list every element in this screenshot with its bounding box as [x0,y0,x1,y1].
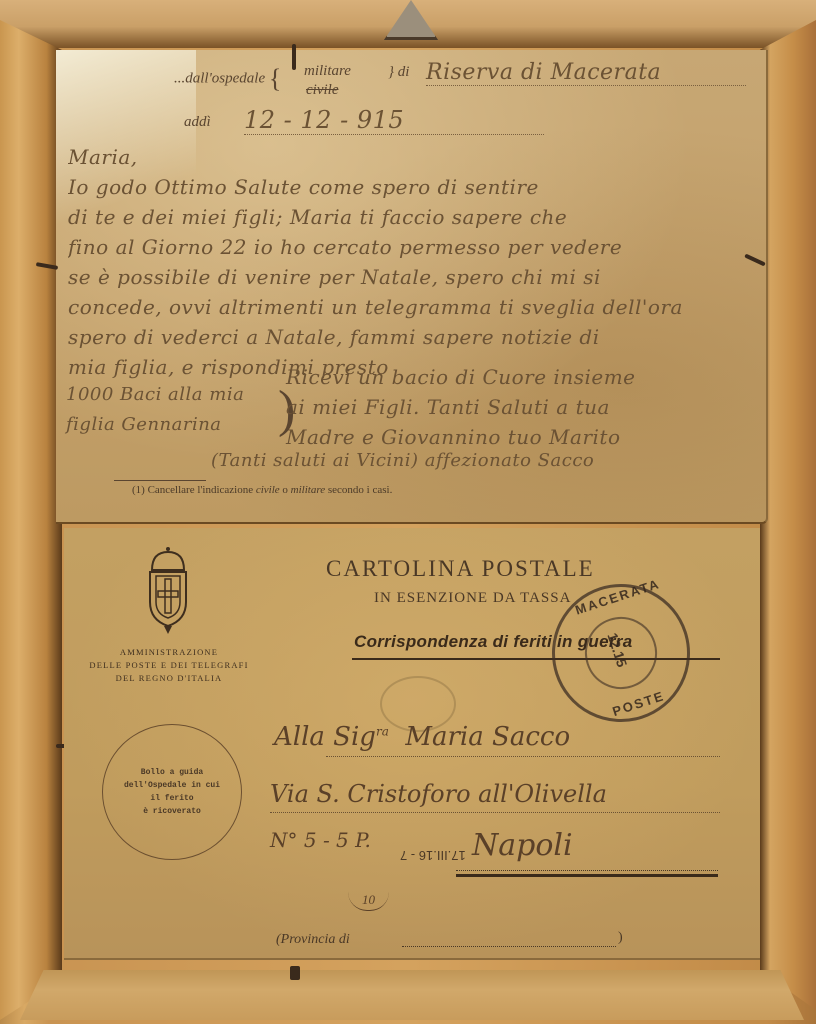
letter-body: Maria, Io godo Ottimo Salute come spero … [68,142,758,382]
province-dotted-line [402,946,616,947]
letter-line: Io godo Ottimo Salute come spero di sent… [68,172,758,202]
postcard-title: CARTOLINA POSTALE [326,556,595,582]
postmark-bottom: POSTE [610,688,666,719]
administration-label: AMMINISTRAZIONE DELLE POSTE E DEI TELEGR… [84,646,254,685]
postscript-left: 1000 Baci alla mia figlia Gennarina [66,380,266,440]
closing-line: Ricevi un bacio di Cuore insieme [286,362,756,392]
signature: (Tanti saluti ai Vicini) affezionato Sac… [211,450,594,471]
cancel-date-stamp: 17.III.16 - 7 [400,848,466,863]
postscript-line: figlia Gennarina [66,410,266,440]
salutation: Alla Sig [274,722,376,752]
salutation-sup: ra [376,724,389,738]
seal-line: il ferito [150,792,193,805]
address-dotted-line [270,812,720,813]
letter-line: spero di vederci a Natale, fammi sapere … [68,322,758,352]
nail-icon [292,44,296,70]
seal-line: è ricoverato [143,805,201,818]
picture-frame: ...dall'ospedale { militare civile } di … [0,0,816,1024]
letter-line: se è possibile di venire per Natale, spe… [68,262,758,292]
letter-card: ...dall'ospedale { militare civile } di … [56,50,768,524]
address-dotted-line [326,756,720,757]
postcard: AMMINISTRAZIONE DELLE POSTE E DEI TELEGR… [64,528,760,960]
address-city: Napoli [472,828,573,863]
recipient-name: Maria Sacco [405,722,570,752]
date-handwritten: 12 - 12 - 915 [244,106,544,135]
admin-line: DEL REGNO D'ITALIA [84,672,254,685]
addi-label: addì [184,114,211,131]
option-civil: civile [306,82,338,99]
footnote-military: militare [291,484,325,496]
footnote: (1) Cancellare l'indicazione civile o mi… [132,484,392,496]
brace-left: { [269,64,281,93]
admin-line: AMMINISTRAZIONE [84,646,254,659]
option-military: militare [304,63,351,80]
footnote-prefix: (1) Cancellare l'indicazione [132,484,253,496]
postcard-subtitle: IN ESENZIONE DA TASSA [374,590,571,607]
address-number: N° 5 - 5 P. [270,828,371,852]
letter-line: fino al Giorno 22 io ho cercato permesso… [68,232,758,262]
closing-line: Madre e Giovannino tuo Marito [286,422,756,452]
frame-left-rail [0,20,62,1020]
closing-line: ai miei Figli. Tanti Saluti a tua [286,392,756,422]
footnote-civil: civile [256,484,280,496]
di-text: di [398,64,410,80]
seal-line: Bollo a guida [141,766,203,779]
number-mark: 10 [348,892,389,911]
city-rule [456,874,718,877]
letter-line: concede, ovvi altrimenti un telegramma t… [68,292,758,322]
frame-bottom-rail [20,970,804,1020]
letter-line: Maria, [68,142,758,172]
closing-block: Ricevi un bacio di Cuore insieme ai miei… [286,362,756,452]
postmark-town: MACERATA [573,576,662,618]
address-recipient: Alla Sigra Maria Sacco [274,722,570,752]
frame-right-rail [760,20,816,1010]
letter-line: di te e dei miei figli; Maria ti faccio … [68,202,758,232]
province-close: ) [618,930,623,946]
footnote-suffix: secondo i casi. [328,484,392,496]
footnote-o: o [282,484,288,496]
footnote-rule [114,480,206,481]
place-handwritten: Riserva di Macerata [426,60,746,86]
hospital-prefix: ...dall'ospedale { [174,64,281,94]
city-dotted-line [456,870,718,871]
savoy-crest-icon [138,546,198,636]
postscript-line: 1000 Baci alla mia [66,380,266,410]
nail-icon [290,966,300,980]
address-street: Via S. Cristoforo all'Olivella [270,780,607,808]
di-label: } di [388,64,409,81]
admin-line: DELLE POSTE E DEI TELEGRAFI [84,659,254,672]
hospital-prefix-text: ...dall'ospedale [174,70,265,86]
seal-line: dell'Ospedale in cui [124,779,220,792]
province-label: (Provincia di [276,932,350,948]
hospital-seal-circle: Bollo a guida dell'Ospedale in cui il fe… [102,724,242,860]
